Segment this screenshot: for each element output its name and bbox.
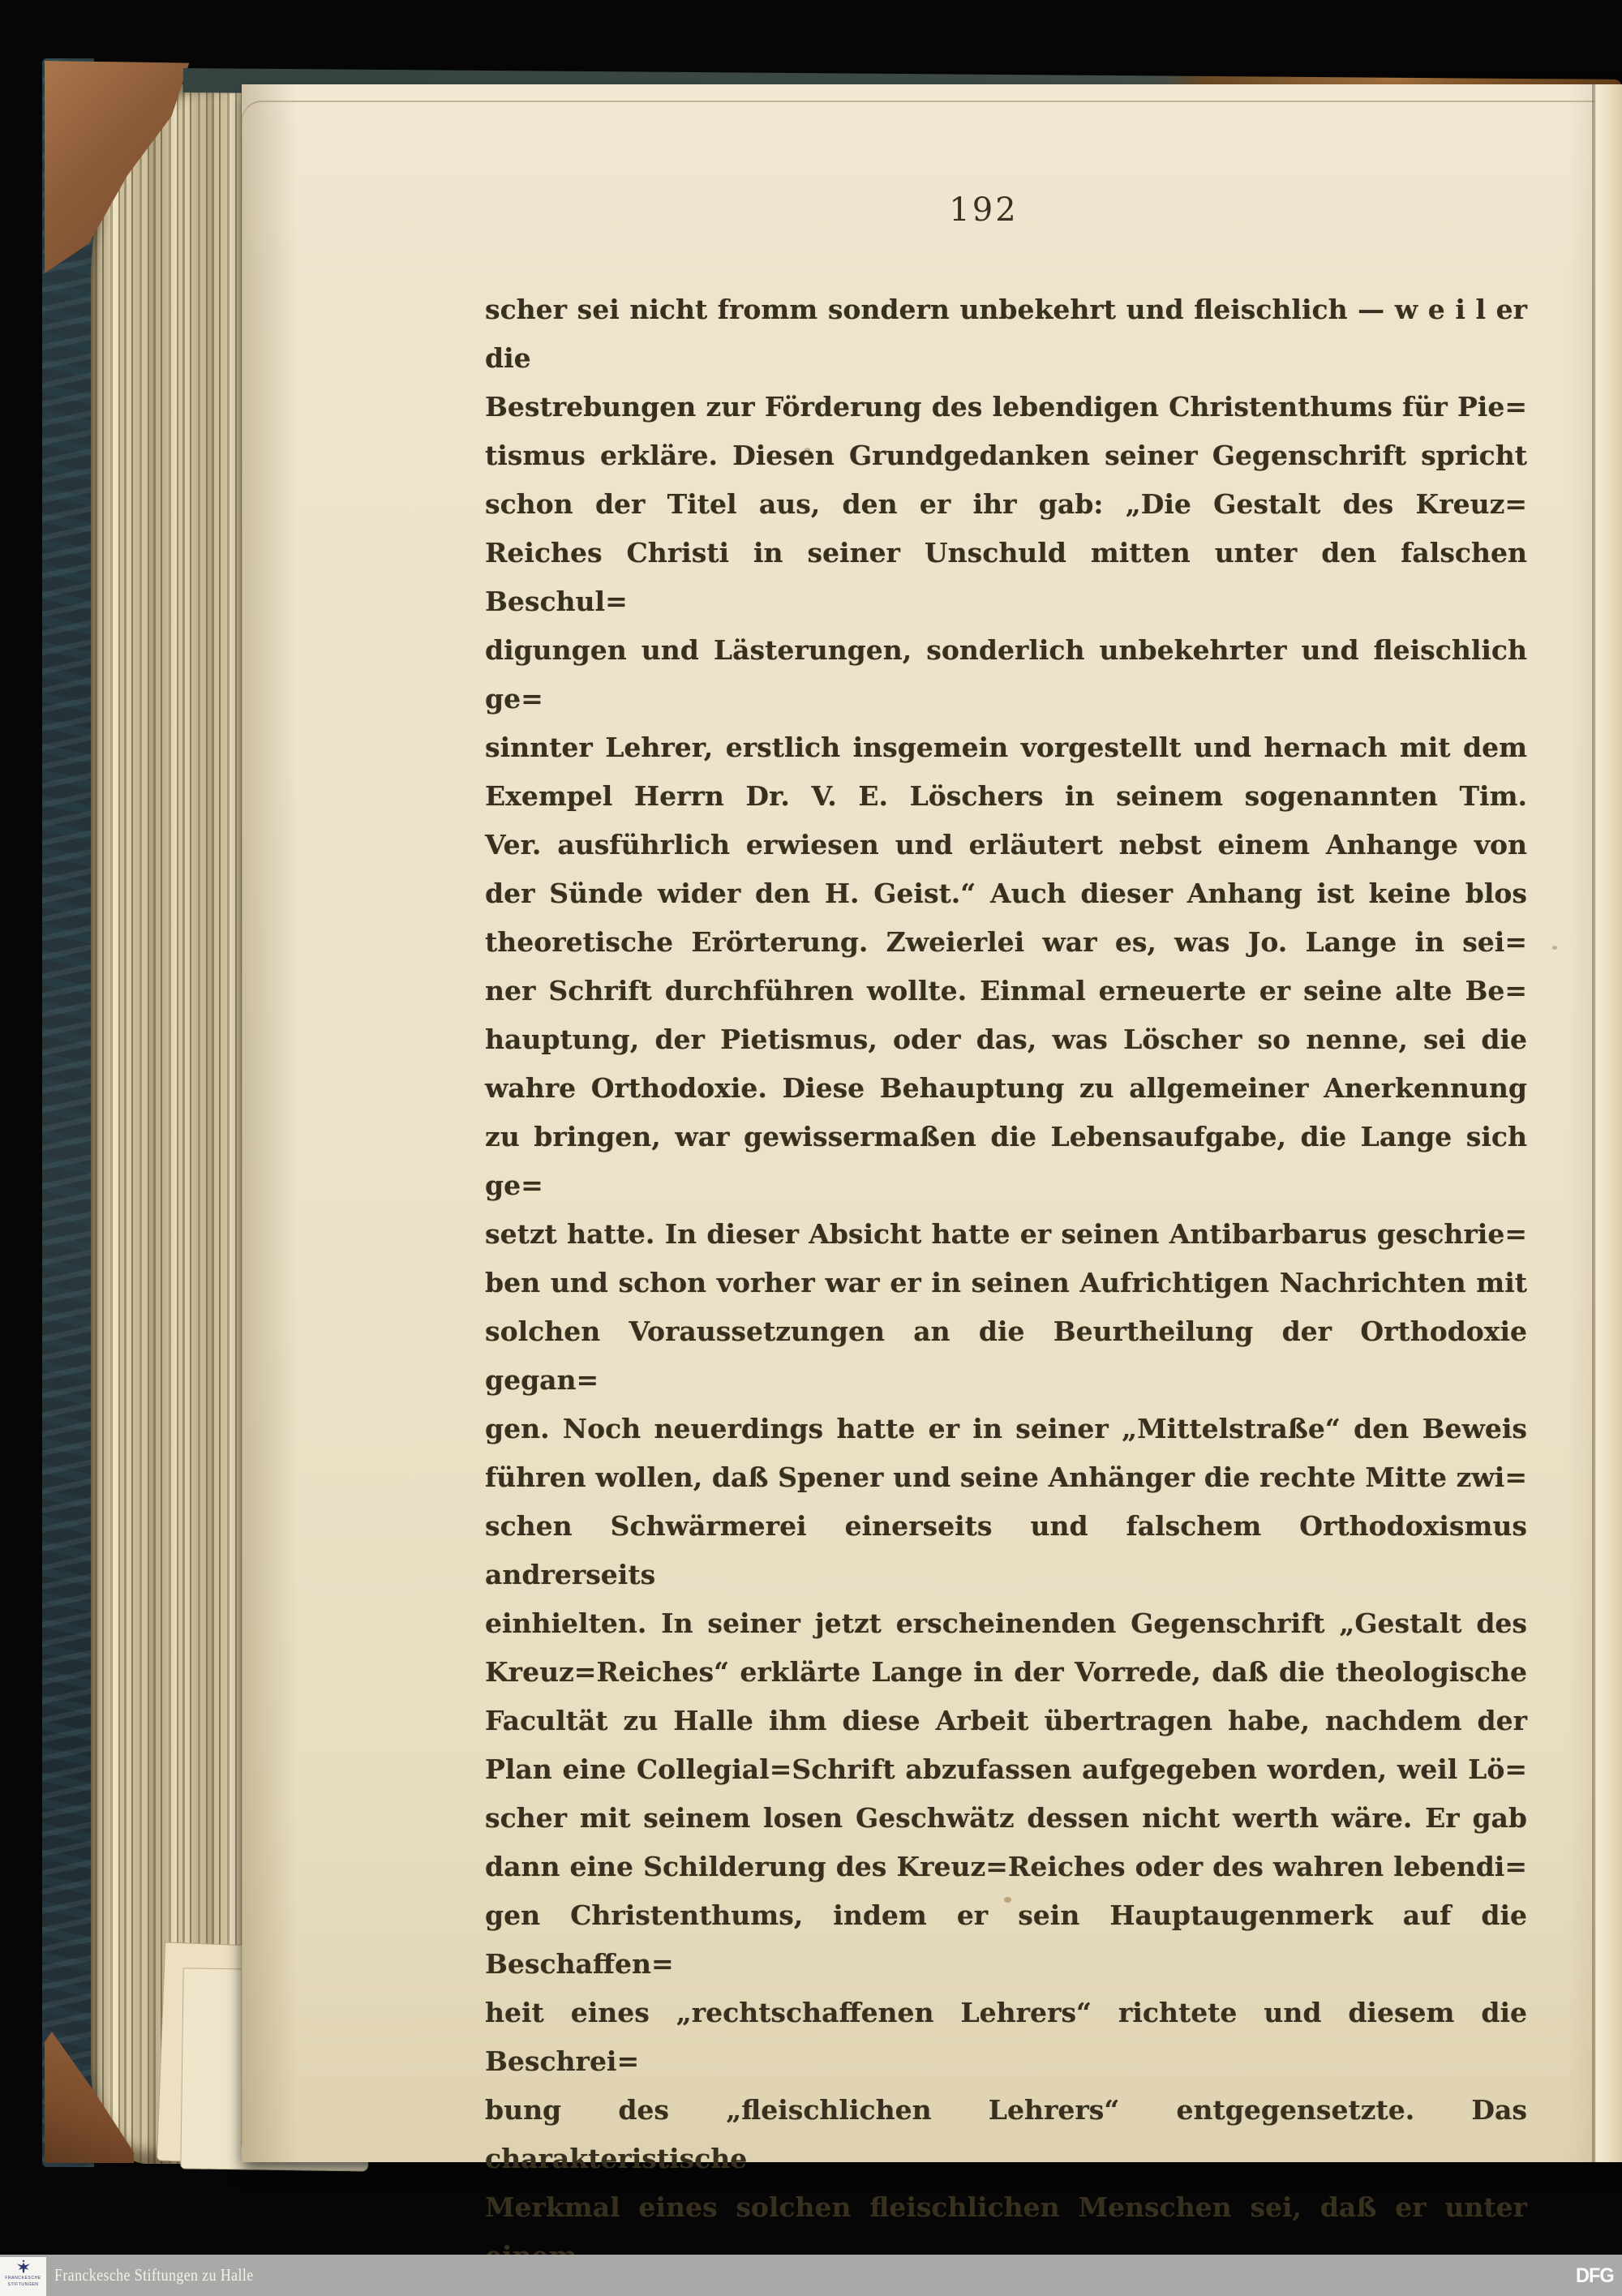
dfg-logo: DFG bbox=[1576, 2255, 1614, 2296]
franckesche-logo-caption: FRANCKESCHE bbox=[5, 2276, 41, 2281]
book-cover-edge bbox=[42, 58, 94, 2167]
book-scan-stage: 192 scher sei nicht fromm sondern unbeke… bbox=[0, 0, 1622, 2296]
institution-label: Franckesche Stiftungen zu Halle bbox=[54, 2255, 254, 2296]
paper-speck bbox=[1552, 946, 1557, 950]
franckesche-eagle-icon bbox=[15, 2260, 32, 2274]
page-gutter-fold bbox=[1592, 84, 1622, 2162]
viewer-footer-bar: FRANCKESCHE STIFTUNGEN Franckesche Stift… bbox=[0, 2255, 1622, 2296]
franckesche-logo-caption: STIFTUNGEN bbox=[8, 2282, 39, 2287]
page-text: scher sei nicht fromm sondern unbekehrt … bbox=[485, 285, 1527, 1956]
franckesche-logo: FRANCKESCHE STIFTUNGEN bbox=[0, 2257, 46, 2296]
page-stack-edges bbox=[91, 78, 263, 2164]
page-number: 192 bbox=[485, 191, 1483, 229]
